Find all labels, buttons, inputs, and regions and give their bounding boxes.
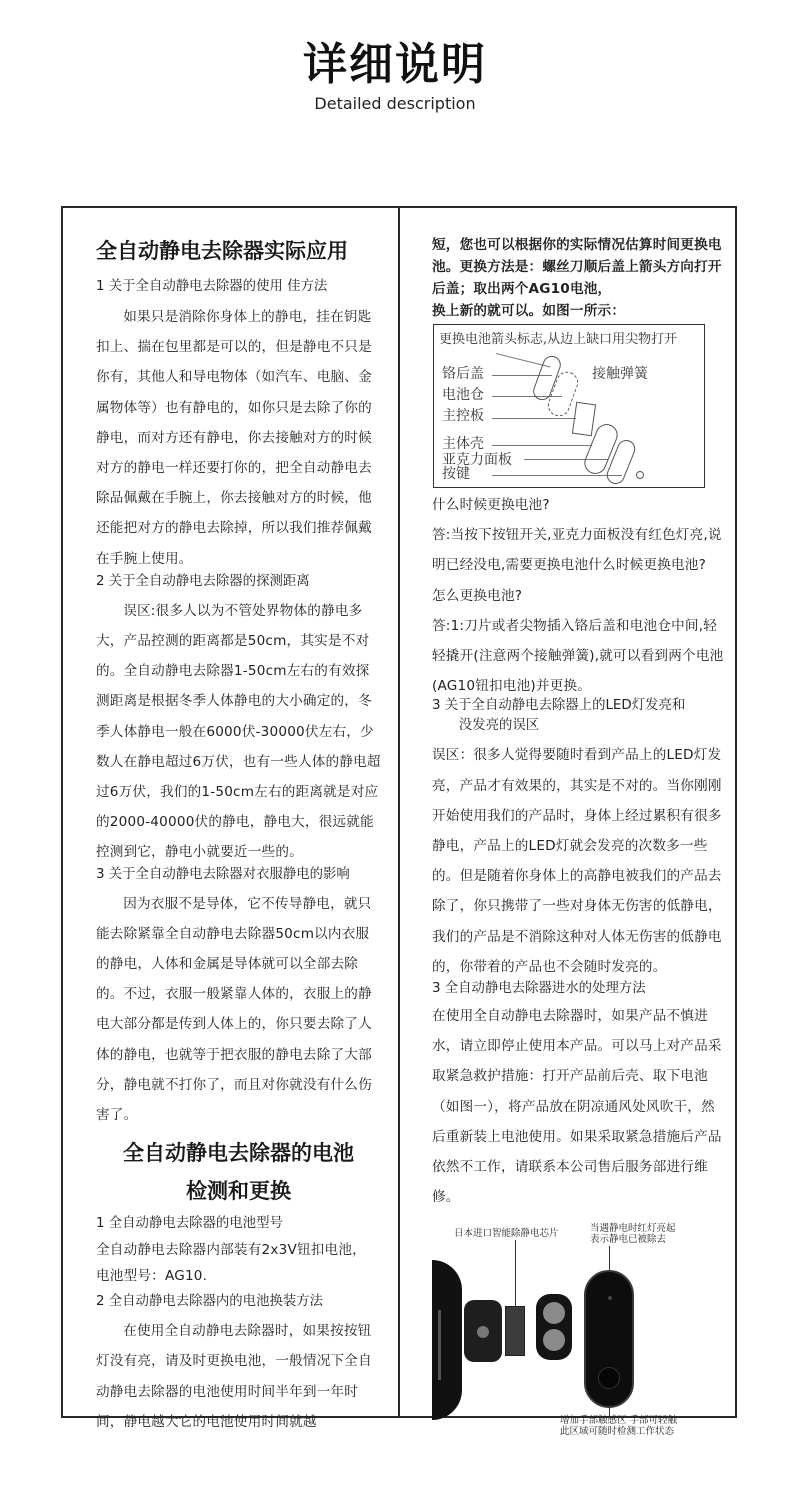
section-title-application: 全自动静电去除器实际应用 bbox=[96, 232, 381, 270]
touch-caption-line2: 此区域可随时检测工作状态 bbox=[560, 1426, 674, 1437]
main-board-part bbox=[572, 402, 596, 436]
page-title: 详细说明 bbox=[0, 28, 790, 92]
battery1-heading: 1 全自动静电去除器的电池型号 bbox=[96, 1212, 381, 1236]
faq2-question: 怎么更换电池? bbox=[432, 581, 728, 611]
water-body: 在使用全自动静电去除器时，如果产品不慎进水，请立即停止使用本产品。可以马上对产品… bbox=[432, 1001, 728, 1212]
water-heading: 3 全自动静电去除器进水的处理方法 bbox=[432, 977, 728, 1001]
diagram-leader bbox=[492, 475, 622, 476]
battery2-body: 在使用全自动静电去除器时，如果按按钮灯没有亮，请及时更换电池，一般情况下全自动静… bbox=[96, 1316, 381, 1437]
led-heading-line1: 3 关于全自动静电去除器上的LED灯发亮和 bbox=[432, 696, 728, 716]
item3-body: 因为衣服不是导体，它不传导静电，就只能去除紧靠全自动静电去除器50cm以内衣服的… bbox=[96, 889, 381, 1131]
battery-replacement-diagram: 更换电池箭头标志,从边上缺口用尖物打开 铬后盖 电池仓 主控板 主体壳 亚克力面… bbox=[433, 324, 705, 488]
battery2-heading: 2 全自动静电去除器内的电池换装方法 bbox=[96, 1290, 381, 1314]
faq1-question: 什么时候更换电池? bbox=[432, 490, 728, 520]
diagram-label-battery-compartment: 电池仓 bbox=[442, 384, 484, 404]
item2-heading: 2 关于全自动静电去除器的探测距离 bbox=[96, 570, 381, 594]
touch-caption-line1: 增加手部触感区 手部可轻触 bbox=[560, 1415, 677, 1426]
battery-cell bbox=[543, 1329, 565, 1351]
item3-heading: 3 关于全自动静电去除器对衣服静电的影响 bbox=[96, 863, 381, 887]
diagram-leader bbox=[492, 418, 576, 419]
led-body: 误区：很多人觉得要随时看到产品上的LED灯发亮，产品才有效果的，其实是不对的。当… bbox=[432, 740, 728, 982]
column-divider bbox=[398, 206, 400, 1418]
wristband-strap bbox=[432, 1260, 462, 1420]
battery-continued-end: 换上新的就可以。如图一所示： bbox=[432, 300, 728, 322]
circuit-board bbox=[505, 1306, 525, 1356]
item1-body: 如果只是消除你身体上的静电，挂在钥匙扣上、揣在包里都是可以的，但是静电不只是你有… bbox=[96, 302, 381, 574]
touch-button bbox=[598, 1367, 620, 1389]
led-leader-line bbox=[609, 1246, 610, 1272]
battery1-body-line1: 全自动静电去除器内部装有2x3V钮扣电池， bbox=[96, 1236, 381, 1264]
item2-body: 误区:很多人以为不管处界物体的静电多大，产品控测的距离都是50cm，其实是不对的… bbox=[96, 596, 381, 868]
led-caption-line1: 当遇静电时红灯亮起 bbox=[590, 1223, 676, 1234]
section-title-battery-line2: 检测和更换 bbox=[96, 1172, 381, 1210]
battery-continued-text: 短，您也可以根据你的实际情况估算时间更换电池。更换方法是：螺丝刀顺后盖上箭头方向… bbox=[432, 234, 728, 300]
diagram-label-button: 按键 bbox=[442, 463, 470, 483]
device-body bbox=[584, 1270, 634, 1408]
diagram-label-chrome-cover: 铬后盖 bbox=[442, 363, 484, 383]
right-column: 短，您也可以根据你的实际情况估算时间更换电池。更换方法是：螺丝刀顺后盖上箭头方向… bbox=[432, 234, 728, 1440]
led-caption-line2: 表示静电已被除去 bbox=[590, 1234, 666, 1245]
battery-holder bbox=[536, 1294, 572, 1360]
section-title-battery-line1: 全自动静电去除器的电池 bbox=[96, 1134, 381, 1172]
left-column: 全自动静电去除器实际应用 1 关于全自动静电去除器的使用 佳方法 如果只是消除你… bbox=[96, 230, 381, 1437]
chip-leader-line bbox=[515, 1240, 516, 1310]
item1-heading: 1 关于全自动静电去除器的使用 佳方法 bbox=[96, 275, 381, 299]
chip-caption: 日本进口智能除静电芯片 bbox=[454, 1228, 559, 1239]
back-cover bbox=[464, 1300, 502, 1362]
led-heading-line2: 没发亮的误区 bbox=[432, 716, 728, 736]
led-indicator bbox=[608, 1296, 612, 1300]
button-part bbox=[636, 471, 644, 479]
diagram-label-contact-spring: 接触弹簧 bbox=[592, 363, 648, 383]
faq1-answer: 答:当按下按钮开关,亚克力面板没有红色灯亮,说明已经没电,需要更换电池什么时候更… bbox=[432, 520, 728, 580]
faq2-answer: 答:1:刀片或者尖物插入铬后盖和电池仓中间,轻轻撬开(注意两个接触弹簧),就可以… bbox=[432, 611, 728, 702]
diagram-label-main-board: 主控板 bbox=[442, 405, 484, 425]
product-exploded-photo: 日本进口智能除静电芯片 当遇静电时红灯亮起 表示静电已被除去 增加手部触感区 手… bbox=[432, 1220, 722, 1440]
page-subtitle: Detailed description bbox=[0, 94, 790, 113]
battery1-body-line2: 电池型号：AG10. bbox=[96, 1264, 381, 1288]
battery-cell bbox=[543, 1302, 565, 1324]
diagram-leader bbox=[492, 445, 592, 446]
diagram-title: 更换电池箭头标志,从边上缺口用尖物打开 bbox=[439, 328, 677, 347]
